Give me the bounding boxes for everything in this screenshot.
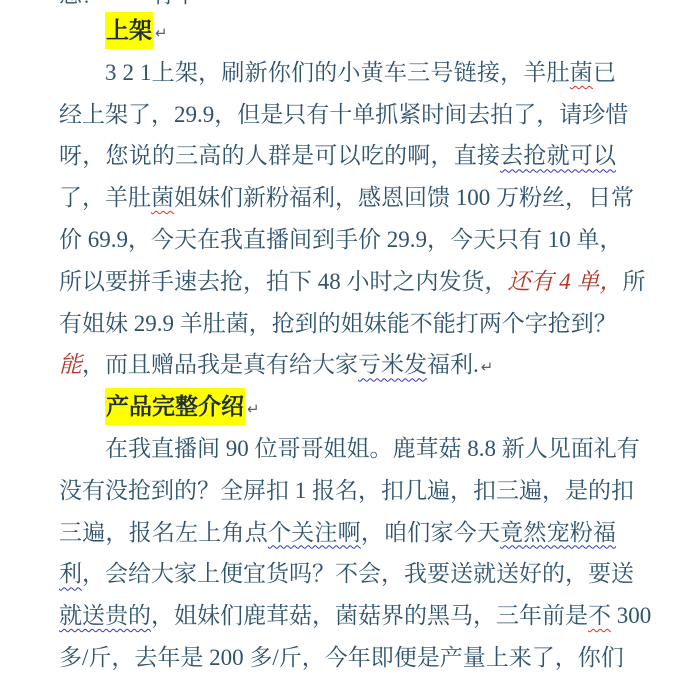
text-line: 没有没抢到的？全屏扣 1 报名，扣几遍，扣三遍，是的扣 <box>59 470 616 512</box>
grammar-wavy-text: 就送贵的 <box>59 603 151 628</box>
text-line: 价 69.9，今天在我直播间到手价 29.9，今天只有 10 单， <box>59 219 616 261</box>
text-line: 所以要拼手速去抢，拍下 48 小时之内发货，还有 4 单，所 <box>59 261 616 303</box>
text-segment: 没有没抢到的？全屏扣 1 报名，扣几遍，扣三遍，是的扣 <box>59 478 634 503</box>
text-segment: ，而且赠品我是真有给大家 <box>82 352 358 377</box>
grammar-wavy-text: 个关注啊 <box>268 520 361 545</box>
text-segment: 姐妹们新粉福利，感恩回馈 100 万粉丝，日常 <box>174 185 634 210</box>
text-segment: 了，羊肚 <box>59 185 151 210</box>
text-segment: 三遍，报名左上角点 <box>59 520 268 545</box>
text-line: 就送贵的，姐妹们鹿茸菇，菌菇界的黑马，三年前是不 300 <box>59 595 616 637</box>
text-segment: 在我直播间 90 位哥哥姐姐。鹿茸菇 8.8 新人见面礼有 <box>105 436 640 461</box>
text-line: 多/斤，去年是 200 多/斤，今年即便是产量上来了，你们 <box>59 637 616 679</box>
text-segment: 多/斤，去年是 200 多/斤，今年即便是产量上来了，你们 <box>59 645 624 670</box>
text-segment: 经上架了，29.9，但是只有十单抓紧时间去拍了，请珍惜 <box>59 102 628 127</box>
text-line: 有姐妹 29.9 羊肚菌，抢到的姐妹能不能打两个字抢到？ <box>59 303 616 345</box>
text-line: 利，会给大家上便宜货吗？不会，我要送就送好的，要送 <box>59 553 616 595</box>
text-segment: ，咱们家今天 <box>361 520 500 545</box>
text-segment: 300 <box>611 603 651 628</box>
text-segment: 已 <box>593 60 616 85</box>
text-line: 呀，您说的三高的人群是可以吃的啊，直接去抢就可以 <box>59 135 616 177</box>
text-segment: 所 <box>623 269 646 294</box>
text-line: 经上架了，29.9，但是只有十单抓紧时间去拍了，请珍惜 <box>59 94 616 136</box>
text-segment: ，姐妹们鹿茸菇，菌菇界的黑马，三年前是 <box>151 603 588 628</box>
clipped-top-text: 息？ 有个 <box>59 0 616 6</box>
text-segment: 所以要拼手速去抢，拍下 48 小时之内发货， <box>59 269 508 294</box>
text-line: 三遍，报名左上角点个关注啊，咱们家今天竟然宠粉福 <box>59 512 616 554</box>
text-segment: 价 69.9，今天在我直播间到手价 29.9，今天只有 10 单， <box>59 227 623 252</box>
text-segment: 3 2 1上架，刷新你们的小黄车三号链接，羊肚 <box>105 60 570 85</box>
highlighted-heading-text: 产品完整介绍 <box>105 388 245 425</box>
clipped-top-text-line: 息？ 有个 <box>59 0 616 7</box>
spellcheck-wavy-text: 菌 <box>151 185 174 210</box>
heading-chanpin-jieshao: 产品完整介绍↵ <box>105 386 616 428</box>
paragraph-mark-icon: ↵ <box>247 400 260 418</box>
text-line: 了，羊肚菌姐妹们新粉福利，感恩回馈 100 万粉丝，日常 <box>59 177 616 219</box>
text-line: 3 2 1上架，刷新你们的小黄车三号链接，羊肚菌已 <box>59 52 616 94</box>
paragraph-mark-icon: ↵ <box>481 358 494 376</box>
red-italic-text: 能 <box>59 352 82 377</box>
red-italic-text: 还有 4 单， <box>508 269 623 294</box>
text-segment: 呀，您说的三高的人群是可以吃的啊，直接 <box>59 143 500 168</box>
paragraph-mark-icon: ↵ <box>155 24 168 42</box>
text-segment: 福利. <box>427 352 479 377</box>
text-segment: ，会给大家上便宜货吗？不会，我要送就送好的，要送 <box>82 561 634 586</box>
grammar-wavy-text: 竟然宠粉福 <box>500 520 616 545</box>
grammar-wavy-text: 利 <box>59 561 82 586</box>
grammar-wavy-text: 去抢就可以 <box>500 143 616 168</box>
heading-shangjia: 上架↵ <box>105 10 616 52</box>
spellcheck-wavy-text: 菌 <box>570 60 593 85</box>
document-page: 息？ 有个 上架↵3 2 1上架，刷新你们的小黄车三号链接，羊肚菌已经上架了，2… <box>0 0 676 682</box>
spellcheck-wavy-text: 不 <box>588 603 611 628</box>
text-segment: 有姐妹 29.9 羊肚菌，抢到的姐妹能不能打两个字抢到？ <box>59 311 617 336</box>
document-body: 上架↵3 2 1上架，刷新你们的小黄车三号链接，羊肚菌已经上架了，29.9，但是… <box>59 10 616 679</box>
highlighted-heading-text: 上架 <box>105 12 153 49</box>
text-line: 能，而且赠品我是真有给大家亏米发福利.↵ <box>59 344 616 386</box>
grammar-wavy-text: 亏米发 <box>358 352 427 377</box>
text-line: 在我直播间 90 位哥哥姐姐。鹿茸菇 8.8 新人见面礼有 <box>59 428 616 470</box>
